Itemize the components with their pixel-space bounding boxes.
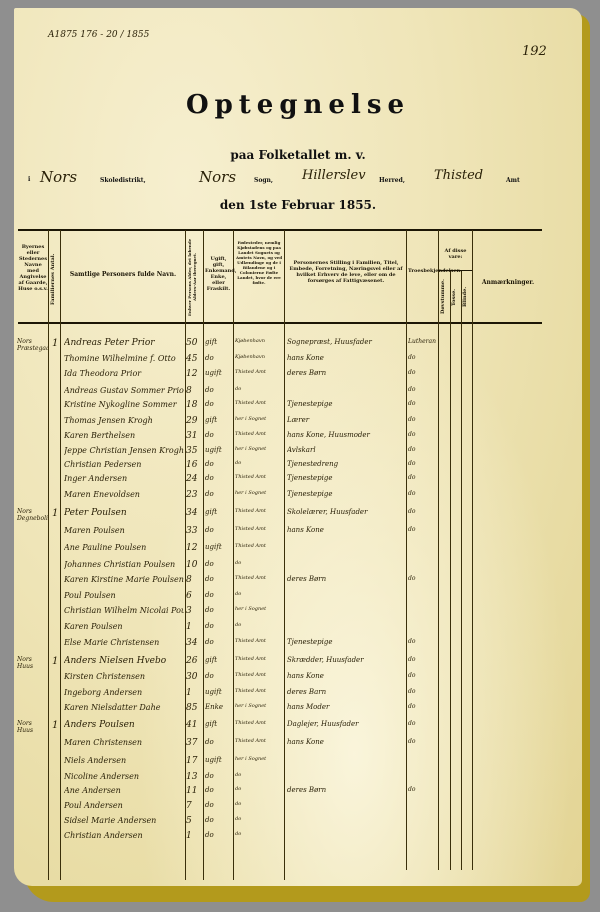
cell-age: 35 [186, 446, 203, 456]
table-row: Inger Andersen24doThisted AmtTjenestepig… [14, 474, 582, 488]
cell-civil: do [205, 490, 233, 498]
cell-birth: do [235, 786, 284, 792]
cell-occ: Sognepræst, Huusfader [287, 338, 405, 346]
cell-name: Johannes Christian Poulsen [64, 560, 184, 569]
cell-civil: gift [205, 508, 233, 516]
school-district-value: Nors [40, 168, 77, 186]
cell-name: Ingeborg Andersen [64, 688, 184, 697]
cell-age: 41 [186, 720, 203, 730]
cell-name: Christian Wilhelm Nicolai Poulsen [64, 606, 184, 615]
cell-birth: Thisted Amt [235, 431, 284, 437]
county-value: Thisted [434, 168, 483, 183]
cell-name: Anders Poulsen [64, 720, 184, 730]
cell-birth: do [235, 386, 284, 392]
cell-birth: do [235, 460, 284, 466]
cell-civil: gift [205, 720, 233, 728]
table-row: Maren Enevoldsen23doher i SognetTjeneste… [14, 490, 582, 504]
table-row: Jeppe Christian Jensen Krogh35ugifther i… [14, 446, 582, 460]
cell-name: Maren Enevoldsen [64, 490, 184, 499]
cell-age: 29 [186, 416, 203, 426]
cell-rel: do [408, 656, 438, 663]
cell-rel: do [408, 526, 438, 533]
cell-civil: do [205, 772, 233, 780]
cell-age: 8 [186, 575, 203, 585]
cell-age: 34 [186, 638, 203, 648]
cell-civil: gift [205, 416, 233, 424]
cell-name: Kirsten Christensen [64, 672, 184, 681]
cell-civil: do [205, 738, 233, 746]
cell-rel: do [408, 638, 438, 645]
cell-civil: do [205, 801, 233, 809]
cell-civil: do [205, 672, 233, 680]
cell-civil: do [205, 386, 233, 394]
table-row: Nors Huus1Anders Poulsen41giftThisted Am… [14, 720, 582, 734]
cell-occ: Avlskarl [287, 446, 405, 454]
table-row: Ingeborg Andersen1ugiftThisted Amtderes … [14, 688, 582, 702]
cell-occ: deres Børn [287, 369, 405, 377]
cell-birth: her i Sognet [235, 606, 284, 612]
cell-civil: ugift [205, 756, 233, 764]
cell-age: 18 [186, 400, 203, 410]
cell-occ: Skolelærer, Huusfader [287, 508, 405, 516]
cell-civil: gift [205, 656, 233, 664]
cell-name: Peter Poulsen [64, 508, 184, 518]
header-birthplace: Fødesteder, nemlig Kjøbstadens og paa La… [235, 240, 283, 285]
cell-name: Anders Nielsen Hvebo [64, 656, 184, 666]
table-row: Nors Degnebolig1Peter Poulsen34giftThist… [14, 508, 582, 522]
cell-age: 11 [186, 786, 203, 796]
cell-name: Kristine Nykogline Sommer [64, 400, 184, 409]
cell-age: 1 [186, 831, 203, 841]
header-remarks: Anmærkninger. [474, 280, 542, 286]
cell-birth: her i Sognet [235, 490, 284, 496]
cell-birth: Thisted Amt [235, 738, 284, 744]
document-title: Optegnelse [14, 90, 582, 120]
cell-age: 6 [186, 591, 203, 601]
cell-age: 45 [186, 354, 203, 364]
cell-age: 8 [186, 386, 203, 396]
header-blind: Blinde. [462, 274, 472, 320]
cell-name: Ida Theodora Prior [64, 369, 184, 378]
table-row: Nors Huus1Anders Nielsen Hvebo26giftThis… [14, 656, 582, 670]
cell-name: Karen Berthelsen [64, 431, 184, 440]
cell-rel: do [408, 738, 438, 745]
cell-age: 34 [186, 508, 203, 518]
header-religion: Troesbekjendelsen. [408, 268, 437, 274]
header-civil-status: Ugift, gift, Enkemand, Enke, eller Frask… [205, 256, 232, 292]
cell-birth: Thisted Amt [235, 638, 284, 644]
cell-rel: Lutheran [408, 338, 438, 345]
cell-age: 30 [186, 672, 203, 682]
table-row: Nors Præstegaard1Andreas Peter Prior50gi… [14, 338, 582, 352]
cell-occ: deres Børn [287, 575, 405, 583]
cell-birth: her i Sognet [235, 416, 284, 422]
cell-birth: do [235, 772, 284, 778]
header-disabled-group: Af disse vare: [439, 248, 472, 260]
cell-rel: do [408, 720, 438, 727]
cell-occ: Tjenestepige [287, 474, 405, 482]
cell-age: 1 [186, 688, 203, 698]
cell-birth: Thisted Amt [235, 543, 284, 549]
cell-civil: do [205, 354, 233, 362]
cell-rel: do [408, 786, 438, 793]
table-row: Christian Andersen1dodo [14, 831, 582, 845]
header-place: Byernes eller Stedernes Navne med Angive… [18, 244, 48, 292]
cell-name: Maren Christensen [64, 738, 184, 747]
cell-birth: do [235, 816, 284, 822]
cell-fam: 1 [52, 508, 60, 519]
cell-name: Thomas Jensen Krogh [64, 416, 184, 425]
cell-age: 50 [186, 338, 203, 348]
cell-age: 33 [186, 526, 203, 536]
cell-occ: deres Børn [287, 786, 405, 794]
cell-occ: hans Kone [287, 738, 405, 746]
hundred-value: Hillerslev [302, 168, 366, 183]
cell-civil: gift [205, 338, 233, 346]
table-row: Niels Andersen17ugifther i Sognet [14, 756, 582, 770]
location-line: i Nors Skoledistrikt, Nors Sogn, Hillers… [14, 168, 582, 188]
cell-birth: do [235, 560, 284, 566]
header-idiots: Tosse. [451, 274, 461, 320]
cell-name: Maren Poulsen [64, 526, 184, 535]
cell-birth: do [235, 801, 284, 807]
cell-name: Ane Andersen [64, 786, 184, 795]
cell-civil: do [205, 786, 233, 794]
cell-rel: do [408, 575, 438, 582]
cell-occ: Tjenestepige [287, 400, 405, 408]
cell-birth: do [235, 831, 284, 837]
cell-age: 85 [186, 703, 203, 713]
table-row: Karen Poulsen1dodo [14, 622, 582, 636]
cell-birth: Thisted Amt [235, 688, 284, 694]
table-row: Andreas Gustav Sommer Prior8dododo [14, 386, 582, 400]
cell-civil: do [205, 400, 233, 408]
document-subtitle: paa Folketallet m. v. [14, 148, 582, 162]
cell-age: 12 [186, 369, 203, 379]
table-row: Else Marie Christensen34doThisted AmtTje… [14, 638, 582, 652]
table-row: Ane Pauline Poulsen12ugiftThisted Amt [14, 543, 582, 557]
cell-rel: do [408, 369, 438, 376]
table-row: Poul Andersen7dodo [14, 801, 582, 815]
cell-civil: do [205, 622, 233, 630]
table-top-rule [18, 229, 542, 231]
table-row: Nicoline Andersen13dodo [14, 772, 582, 786]
cell-rel: do [408, 508, 438, 515]
cell-civil: ugift [205, 688, 233, 696]
cell-name: Christian Pedersen [64, 460, 184, 469]
cell-age: 12 [186, 543, 203, 553]
cell-age: 31 [186, 431, 203, 441]
cell-name: Andreas Gustav Sommer Prior [64, 386, 184, 395]
cell-civil: do [205, 474, 233, 482]
census-date: den 1ste Februar 1855. [14, 198, 582, 212]
cell-birth: her i Sognet [235, 446, 284, 452]
cell-age: 37 [186, 738, 203, 748]
table-row: Karen Berthelsen31doThisted Amthans Kone… [14, 431, 582, 445]
cell-name: Else Marie Christensen [64, 638, 184, 647]
header-deaf-mute: Døvstumme. [440, 274, 450, 320]
cell-rel: do [408, 386, 438, 393]
cell-occ: deres Barn [287, 688, 405, 696]
header-bottom-rule [18, 322, 542, 324]
header-occupation: Personernes Stilling i Familien, Titel, … [287, 260, 405, 284]
table-row: Maren Poulsen33doThisted Amthans Konedo [14, 526, 582, 540]
cell-age: 13 [186, 772, 203, 782]
cell-occ: Skrædder, Huusfader [287, 656, 405, 664]
cell-place: Nors Huus [17, 656, 48, 670]
table-row: Sidsel Marie Andersen5dodo [14, 816, 582, 830]
cell-civil: do [205, 638, 233, 646]
cell-fam: 1 [52, 656, 60, 667]
cell-name: Andreas Peter Prior [64, 338, 184, 348]
cell-age: 7 [186, 801, 203, 811]
cell-birth: Thisted Amt [235, 508, 284, 514]
cell-birth: Kjøbenhavn [235, 354, 284, 360]
cell-rel: do [408, 400, 438, 407]
cell-name: Inger Andersen [64, 474, 184, 483]
cell-rel: do [408, 460, 438, 467]
cell-name: Sidsel Marie Andersen [64, 816, 184, 825]
table-row: Thomine Wilhelmine f. Otto45doKjøbenhavn… [14, 354, 582, 368]
cell-civil: Enke [205, 703, 233, 711]
census-page: A1875 176 - 20 / 1855 192 Optegnelse paa… [14, 8, 582, 886]
table-row: Karen Nielsdatter Dahe85Enkeher i Sognet… [14, 703, 582, 717]
cell-birth: her i Sognet [235, 756, 284, 762]
cell-rel: do [408, 688, 438, 695]
cell-rel: do [408, 672, 438, 679]
cell-name: Karen Poulsen [64, 622, 184, 631]
cell-name: Karen Nielsdatter Dahe [64, 703, 184, 712]
cell-civil: do [205, 606, 233, 614]
cell-fam: 1 [52, 338, 60, 349]
cell-occ: hans Kone, Huusmoder [287, 431, 405, 439]
cell-occ: hans Kone [287, 672, 405, 680]
table-row: Thomas Jensen Krogh29gifther i SognetLær… [14, 416, 582, 430]
cell-name: Thomine Wilhelmine f. Otto [64, 354, 184, 363]
cell-civil: do [205, 816, 233, 824]
cell-civil: do [205, 575, 233, 583]
cell-place: Nors Huus [17, 720, 48, 734]
cell-rel: do [408, 446, 438, 453]
cell-civil: do [205, 460, 233, 468]
cell-birth: Thisted Amt [235, 369, 284, 375]
cell-fam: 1 [52, 720, 60, 731]
cell-civil: ugift [205, 446, 233, 454]
cell-occ: Tjenestedreng [287, 460, 405, 468]
header-age: Enhver Persons Alder, det løbende Alders… [187, 234, 202, 320]
header-name: Samtlige Personers fulde Navn. [64, 272, 182, 278]
cell-birth: Thisted Amt [235, 720, 284, 726]
parish-value: Nors [199, 168, 236, 186]
cell-rel: do [408, 416, 438, 423]
cell-civil: ugift [205, 369, 233, 377]
cell-age: 24 [186, 474, 203, 484]
table-row: Poul Poulsen6dodo [14, 591, 582, 605]
cell-occ: Tjenestepige [287, 490, 405, 498]
cell-name: Jeppe Christian Jensen Krogh [64, 446, 184, 455]
cell-age: 26 [186, 656, 203, 666]
cell-name: Nicoline Andersen [64, 772, 184, 781]
cell-civil: do [205, 831, 233, 839]
cell-civil: ugift [205, 543, 233, 551]
table-row: Christian Wilhelm Nicolai Poulsen3doher … [14, 606, 582, 620]
archive-reference: A1875 176 - 20 / 1855 [48, 30, 149, 40]
table-row: Kristine Nykogline Sommer18doThisted Amt… [14, 400, 582, 414]
header-family-no: Familiernes Antal. [50, 240, 59, 318]
cell-age: 17 [186, 756, 203, 766]
cell-rel: do [408, 703, 438, 710]
table-row: Ane Andersen11dododeres Børndo [14, 786, 582, 800]
cell-name: Poul Andersen [64, 801, 184, 810]
cell-birth: Thisted Amt [235, 672, 284, 678]
cell-occ: Lærer [287, 416, 405, 424]
cell-birth: Thisted Amt [235, 400, 284, 406]
cell-name: Ane Pauline Poulsen [64, 543, 184, 552]
cell-age: 23 [186, 490, 203, 500]
cell-name: Christian Andersen [64, 831, 184, 840]
cell-age: 16 [186, 460, 203, 470]
cell-name: Niels Andersen [64, 756, 184, 765]
table-row: Kirsten Christensen30doThisted Amthans K… [14, 672, 582, 686]
cell-civil: do [205, 560, 233, 568]
cell-civil: do [205, 526, 233, 534]
cell-occ: Tjenestepige [287, 638, 405, 646]
cell-rel: do [408, 490, 438, 497]
cell-occ: Daglejer, Huusfader [287, 720, 405, 728]
table-row: Johannes Christian Poulsen10dodo [14, 560, 582, 574]
page-number: 192 [522, 44, 547, 59]
cell-birth: Thisted Amt [235, 526, 284, 532]
cell-birth: Thisted Amt [235, 474, 284, 480]
cell-birth: do [235, 591, 284, 597]
cell-birth: Thisted Amt [235, 656, 284, 662]
cell-name: Poul Poulsen [64, 591, 184, 600]
cell-rel: do [408, 474, 438, 481]
cell-birth: Thisted Amt [235, 575, 284, 581]
cell-age: 10 [186, 560, 203, 570]
cell-civil: do [205, 591, 233, 599]
cell-rel: do [408, 431, 438, 438]
cell-occ: hans Kone [287, 526, 405, 534]
cell-birth: her i Sognet [235, 703, 284, 709]
cell-rel: do [408, 354, 438, 361]
cell-civil: do [205, 431, 233, 439]
cell-birth: Kjøbenhavn [235, 338, 284, 344]
cell-age: 5 [186, 816, 203, 826]
table-row: Ida Theodora Prior12ugiftThisted Amtdere… [14, 369, 582, 383]
table-row: Karen Kirstine Marie Poulsen8doThisted A… [14, 575, 582, 589]
cell-place: Nors Degnebolig [17, 508, 48, 522]
cell-age: 3 [186, 606, 203, 616]
cell-occ: hans Kone [287, 354, 405, 362]
table-row: Maren Christensen37doThisted Amthans Kon… [14, 738, 582, 752]
cell-occ: hans Moder [287, 703, 405, 711]
cell-name: Karen Kirstine Marie Poulsen [64, 575, 184, 584]
cell-place: Nors Præstegaard [17, 338, 48, 352]
cell-birth: do [235, 622, 284, 628]
table-row: Christian Pedersen16dodoTjenestedrengdo [14, 460, 582, 474]
cell-age: 1 [186, 622, 203, 632]
